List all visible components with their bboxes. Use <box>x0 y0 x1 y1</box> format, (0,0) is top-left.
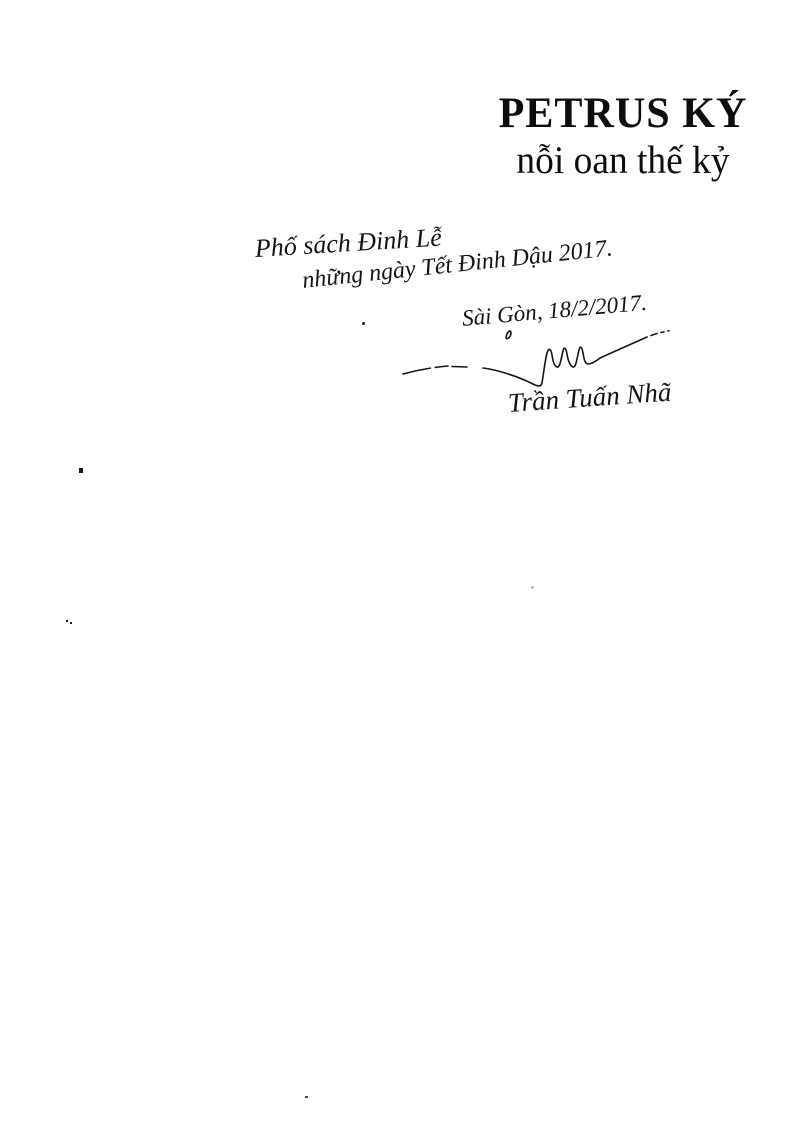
title-block: PETRUS KÝ nỗi oan thế kỷ <box>496 92 750 180</box>
scan-speck <box>362 322 365 325</box>
scan-speck <box>70 622 72 624</box>
scan-speck <box>531 586 534 589</box>
scanned-book-page: PETRUS KÝ nỗi oan thế kỷ Phố sách Đinh L… <box>0 0 798 1135</box>
scan-speck <box>79 468 83 473</box>
scan-speck <box>66 620 68 622</box>
book-title: PETRUS KÝ <box>499 92 748 135</box>
book-subtitle: nỗi oan thế kỷ <box>501 141 745 180</box>
scan-speck <box>305 1096 308 1098</box>
